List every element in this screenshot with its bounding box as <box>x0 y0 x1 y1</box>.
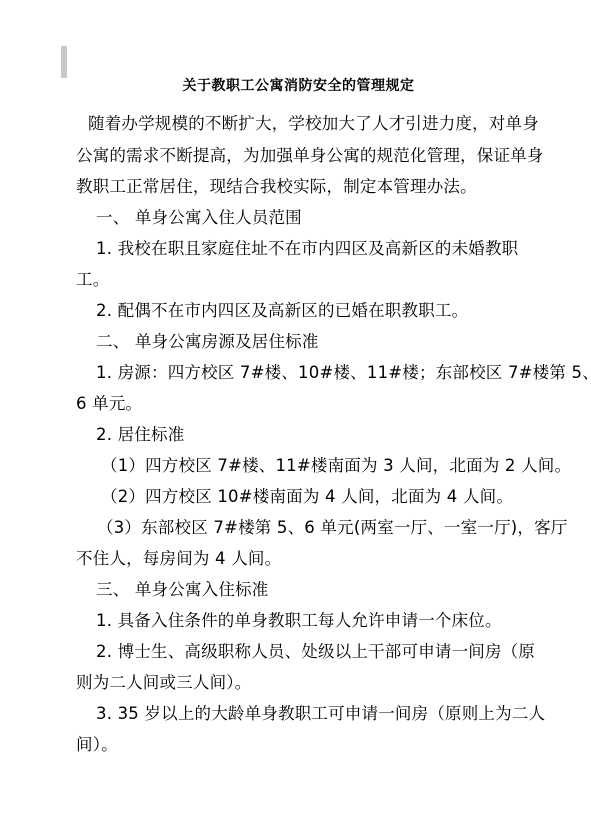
section-3-heading: 三、 单身公寓入住标准 <box>96 579 268 601</box>
section-2-heading: 二、 单身公寓房源及居住标准 <box>96 331 319 353</box>
section-2-subitem-2: （2）四方校区 10#楼南面为 4 人间，北面为 4 人间。 <box>101 486 513 508</box>
section-2-item-1-line-1: 1. 房源：四方校区 7#楼、10#楼、11#楼；东部校区 7#楼第 5、 <box>96 362 591 384</box>
section-1-item-1-line-2: 工。 <box>76 269 109 291</box>
intro-line-3: 教职工正常居住，现结合我校实际，制定本管理办法。 <box>76 176 477 198</box>
section-3-item-3-line-1: 3. 35 岁以上的大龄单身教职工可申请一间房（原则上为二人 <box>96 703 545 725</box>
section-3-item-1: 1. 具备入住条件的单身教职工每人允许申请一个床位。 <box>96 610 502 632</box>
section-1-heading: 一、 单身公寓入住人员范围 <box>96 207 302 229</box>
section-2-subitem-1: （1）四方校区 7#楼、11#楼南面为 3 人间，北面为 2 人间。 <box>101 455 571 477</box>
section-3-item-2-line-2: 则为二人间或三人间）。 <box>76 672 251 694</box>
intro-line-2: 公寓的需求不断提高，为加强单身公寓的规范化管理，保证单身 <box>76 145 544 167</box>
section-1-item-1-line-1: 1. 我校在职且家庭住址不在市内四区及高新区的未婚教职 <box>96 238 518 260</box>
section-1-item-2: 2. 配偶不在市内四区及高新区的已婚在职教职工。 <box>96 300 468 322</box>
section-3-item-2-line-1: 2. 博士生、高级职称人员、处级以上干部可申请一间房（原 <box>96 641 535 663</box>
intro-line-1: 随着办学规模的不断扩大，学校加大了人才引进力度，对单身 <box>88 113 539 135</box>
section-2-subitem-3-line-1: （3）东部校区 7#楼第 5、6 单元(两室一厅、一室一厅)，客厅 <box>97 517 568 539</box>
section-2-subitem-3-line-2: 不住人，每房间为 4 人间。 <box>76 548 281 570</box>
section-2-item-2-heading: 2. 居住标准 <box>96 424 184 446</box>
document-title: 关于教职工公寓消防安全的管理规定 <box>0 76 591 96</box>
section-2-item-1-line-2: 6 单元。 <box>76 393 142 415</box>
section-3-item-3-line-2: 间）。 <box>76 734 118 756</box>
text-cursor-bar <box>61 46 67 78</box>
